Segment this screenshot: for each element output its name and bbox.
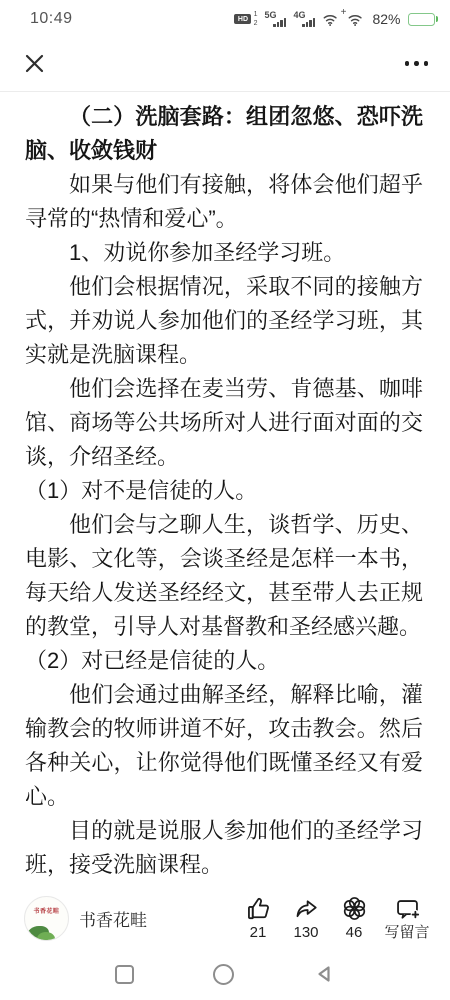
article-paragraph: 他们会根据情况，采取不同的接触方式，并劝说人参加他们的圣经学习班，其实就是洗脑课… bbox=[25, 270, 423, 372]
article-paragraph: 他们会通过曲解圣经，解释比喻，灌输教会的牧师讲道不好，攻击教会。然后各种关心，让… bbox=[25, 678, 423, 814]
signal-4g-icon: 4G bbox=[293, 11, 315, 28]
wow-button[interactable]: 46 bbox=[330, 895, 378, 942]
phone-screen: 10:49 HD 1 2 5G 4G bbox=[0, 0, 450, 1000]
article-header bbox=[0, 36, 450, 91]
battery-percent: 82% bbox=[372, 11, 400, 27]
comment-label: 写留言 bbox=[384, 924, 429, 942]
close-icon bbox=[24, 53, 45, 74]
thumbs-up-icon bbox=[245, 895, 272, 922]
more-options-button[interactable] bbox=[403, 55, 431, 72]
article-heading: （二）洗脑套路：组团忽悠、恐吓洗脑、收敛钱财 bbox=[25, 100, 423, 168]
article-paragraph: （2）对已经是信徒的人。 bbox=[25, 644, 423, 678]
status-time: 10:49 bbox=[30, 10, 73, 28]
recents-square-icon[interactable] bbox=[115, 965, 134, 984]
more-dots-icon bbox=[405, 61, 410, 66]
status-icons: HD 1 2 5G 4G + bbox=[234, 11, 438, 28]
account-avatar[interactable]: 书香花畦 bbox=[24, 896, 69, 941]
action-buttons: 21 130 46 bbox=[234, 895, 436, 942]
like-button[interactable]: 21 bbox=[234, 895, 282, 942]
status-bar: 10:49 HD 1 2 5G 4G bbox=[0, 0, 450, 36]
wow-count: 46 bbox=[346, 924, 363, 942]
share-count: 130 bbox=[293, 924, 318, 942]
like-count: 21 bbox=[250, 924, 267, 942]
avatar-text: 书香花畦 bbox=[25, 906, 68, 915]
article-paragraph: 他们会选择在麦当劳、肯德基、咖啡馆、商场等公共场所对人进行面对面的交谈，介绍圣经… bbox=[25, 372, 423, 474]
wifi-icon bbox=[347, 12, 365, 27]
article-paragraph: 如果与他们有接触，将体会他们超乎寻常的“热情和爱心”。 bbox=[25, 168, 423, 236]
article-paragraph: 目的就是说服人参加他们的圣经学习班，接受洗脑课程。 bbox=[25, 814, 423, 882]
back-triangle-icon[interactable] bbox=[313, 963, 335, 985]
account-name[interactable]: 书香花畦 bbox=[79, 906, 147, 931]
article-content: （二）洗脑套路：组团忽悠、恐吓洗脑、收敛钱财 如果与他们有接触，将体会他们超乎寻… bbox=[0, 92, 450, 888]
footer-bar: 书香花畦 书香花畦 21 130 bbox=[0, 888, 450, 948]
battery-icon bbox=[408, 13, 439, 26]
avatar-leaf-graphic bbox=[37, 932, 55, 941]
android-nav-bar bbox=[0, 948, 450, 1000]
comment-plus-icon bbox=[394, 895, 421, 922]
wow-flower-icon bbox=[341, 895, 368, 922]
home-circle-icon[interactable] bbox=[213, 964, 234, 985]
comment-button[interactable]: 写留言 bbox=[378, 895, 436, 942]
share-arrow-icon bbox=[293, 895, 320, 922]
wifi-direct-icon: + bbox=[322, 12, 340, 27]
signal-5g-icon: 5G bbox=[264, 11, 286, 28]
article-paragraph: 他们会与之聊人生，谈哲学、历史、电影、文化等，会谈圣经是怎样一本书，每天给人发送… bbox=[25, 508, 423, 644]
close-button[interactable] bbox=[20, 50, 48, 78]
share-button[interactable]: 130 bbox=[282, 895, 330, 942]
article-paragraph: 1、劝说你参加圣经学习班。 bbox=[25, 236, 423, 270]
hd-volte-icon: HD 1 2 bbox=[234, 14, 251, 24]
article-paragraph: （1）对不是信徒的人。 bbox=[25, 474, 423, 508]
